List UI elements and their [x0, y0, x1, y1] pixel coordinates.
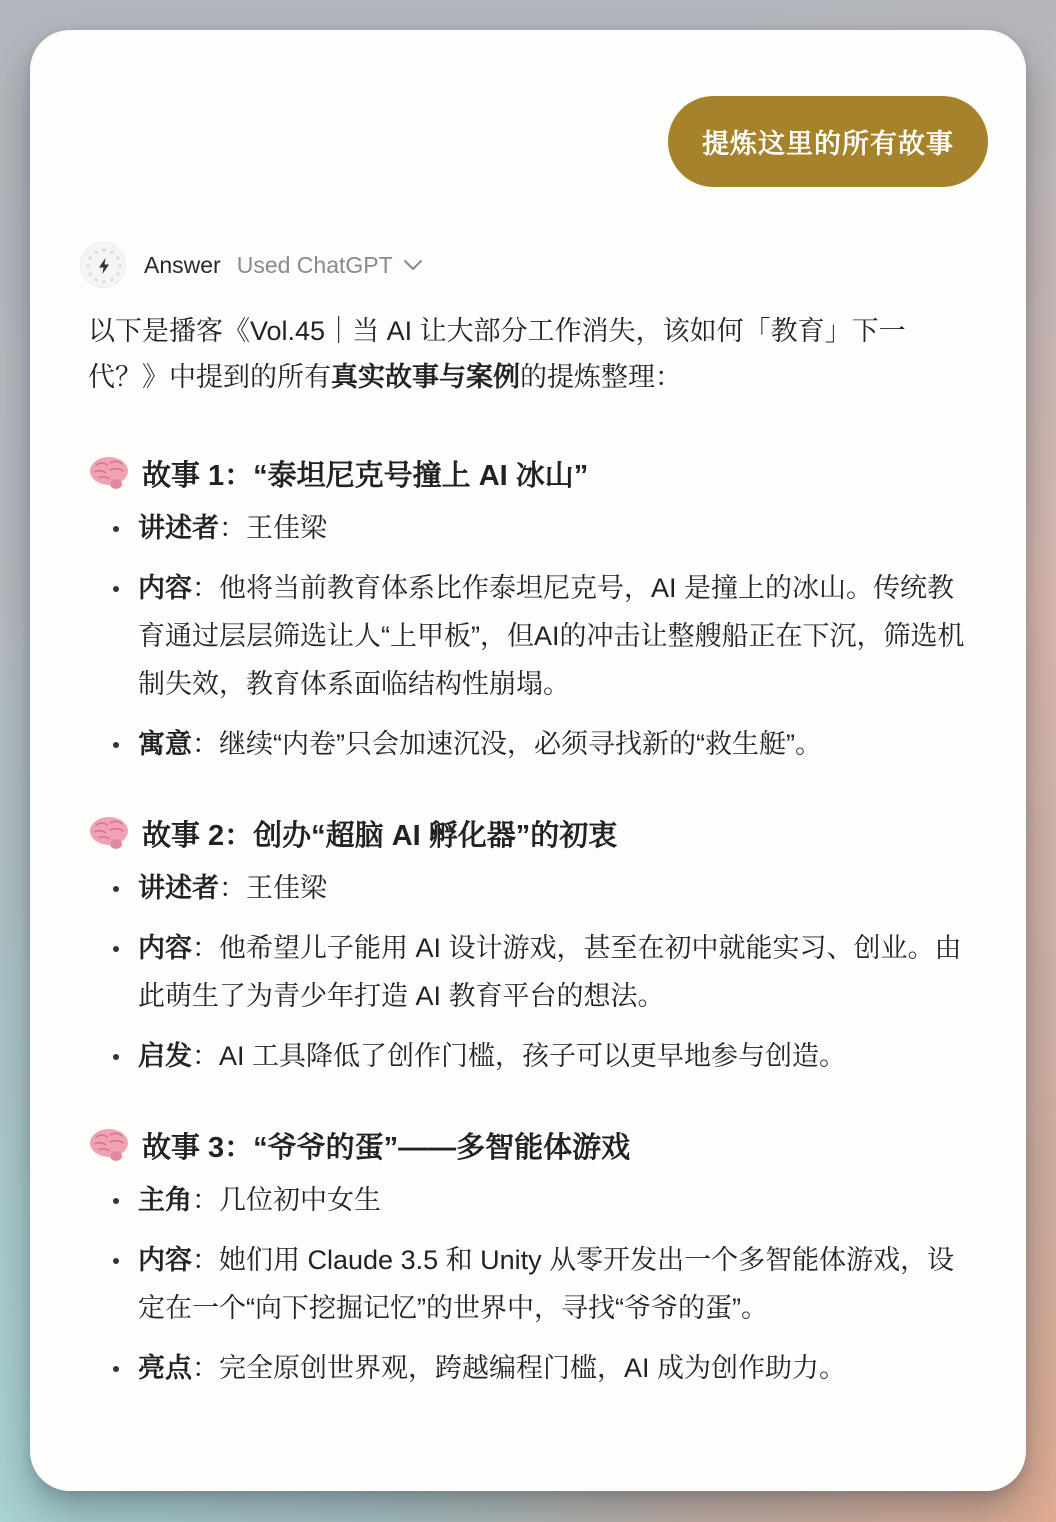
bolt-icon: [80, 242, 126, 288]
list-item: 内容：他希望儿子能用 AI 设计游戏，甚至在初中就能实习、创业。由此萌生了为青少…: [88, 924, 968, 1020]
point-sep: ：: [192, 573, 219, 603]
chevron-down-icon: [403, 259, 423, 271]
story-points: 讲述者：王佳梁 内容：他将当前教育体系比作泰坦尼克号，AI 是撞上的冰山。传统教…: [88, 504, 968, 768]
list-item: 内容：她们用 Claude 3.5 和 Unity 从零开发出一个多智能体游戏，…: [88, 1236, 968, 1332]
story-section: 故事 1：“泰坦尼克号撞上 AI 冰山” 讲述者：王佳梁 内容：他将当前教育体系…: [88, 448, 968, 768]
point-key: 主角: [138, 1185, 192, 1215]
story-title: 故事 3：“爷爷的蛋”——多智能体游戏: [88, 1120, 968, 1170]
story-title-text: 故事 1：“泰坦尼克号撞上 AI 冰山”: [142, 453, 588, 494]
point-sep: ：: [219, 513, 246, 543]
point-sep: ：: [192, 729, 219, 759]
point-value: 完全原创世界观，跨越编程门槛，AI 成为创作助力。: [219, 1353, 846, 1383]
story-section: 故事 3：“爷爷的蛋”——多智能体游戏 主角：几位初中女生 内容：她们用 Cla…: [88, 1120, 968, 1392]
list-item: 亮点：完全原创世界观，跨越编程门槛，AI 成为创作助力。: [88, 1344, 968, 1392]
point-value: 继续“内卷”只会加速沉没，必须寻找新的“救生艇”。: [219, 729, 822, 759]
point-key: 内容: [138, 1245, 192, 1275]
used-tool-label: Used ChatGPT: [237, 252, 393, 279]
answer-intro: 以下是播客《Vol.45｜当 AI 让大部分工作消失，该如何「教育」下一代？》中…: [88, 308, 968, 400]
point-value: AI 工具降低了创作门槛，孩子可以更早地参与创造。: [219, 1041, 846, 1071]
answer-header: Answer Used ChatGPT: [80, 240, 423, 290]
answer-label: Answer: [144, 252, 221, 279]
point-value: 她们用 Claude 3.5 和 Unity 从零开发出一个多智能体游戏，设定在…: [138, 1245, 954, 1323]
point-value: 王佳梁: [246, 873, 327, 903]
story-title-text: 故事 2：创办“超脑 AI 孵化器”的初衷: [142, 813, 617, 854]
chat-card: 提炼这里的所有故事 Answer Used ChatGPT 以下是播客《V: [30, 30, 1026, 1491]
point-key: 寓意: [138, 729, 192, 759]
list-item: 讲述者：王佳梁: [88, 504, 968, 552]
answer-content: 以下是播客《Vol.45｜当 AI 让大部分工作消失，该如何「教育」下一代？》中…: [88, 308, 968, 1432]
point-sep: ：: [192, 1185, 219, 1215]
brain-icon: [88, 1127, 130, 1163]
story-title-text: 故事 3：“爷爷的蛋”——多智能体游戏: [142, 1125, 630, 1166]
point-sep: ：: [219, 873, 246, 903]
list-item: 启发：AI 工具降低了创作门槛，孩子可以更早地参与创造。: [88, 1032, 968, 1080]
point-key: 内容: [138, 933, 192, 963]
story-section: 故事 2：创办“超脑 AI 孵化器”的初衷 讲述者：王佳梁 内容：他希望儿子能用…: [88, 808, 968, 1080]
point-key: 亮点: [138, 1353, 192, 1383]
list-item: 主角：几位初中女生: [88, 1176, 968, 1224]
list-item: 讲述者：王佳梁: [88, 864, 968, 912]
brain-icon: [88, 455, 130, 491]
point-key: 讲述者: [138, 873, 219, 903]
point-key: 内容: [138, 573, 192, 603]
point-sep: ：: [192, 1041, 219, 1071]
point-value: 几位初中女生: [219, 1185, 381, 1215]
list-item: 寓意：继续“内卷”只会加速沉没，必须寻找新的“救生艇”。: [88, 720, 968, 768]
point-value: 他将当前教育体系比作泰坦尼克号，AI 是撞上的冰山。传统教育通过层层筛选让人“上…: [138, 573, 965, 699]
point-sep: ：: [192, 1353, 219, 1383]
point-sep: ：: [192, 933, 219, 963]
story-title: 故事 2：创办“超脑 AI 孵化器”的初衷: [88, 808, 968, 858]
point-key: 讲述者: [138, 513, 219, 543]
story-points: 讲述者：王佳梁 内容：他希望儿子能用 AI 设计游戏，甚至在初中就能实习、创业。…: [88, 864, 968, 1080]
point-key: 启发: [138, 1041, 192, 1071]
brain-icon: [88, 815, 130, 851]
user-message-bubble: 提炼这里的所有故事: [668, 96, 988, 187]
used-tool-dropdown[interactable]: Used ChatGPT: [237, 252, 423, 279]
point-value: 王佳梁: [246, 513, 327, 543]
point-sep: ：: [192, 1245, 219, 1275]
intro-bold-text: 真实故事与案例: [331, 362, 520, 392]
story-points: 主角：几位初中女生 内容：她们用 Claude 3.5 和 Unity 从零开发…: [88, 1176, 968, 1392]
story-title: 故事 1：“泰坦尼克号撞上 AI 冰山”: [88, 448, 968, 498]
list-item: 内容：他将当前教育体系比作泰坦尼克号，AI 是撞上的冰山。传统教育通过层层筛选让…: [88, 564, 968, 708]
user-message-text: 提炼这里的所有故事: [702, 122, 954, 161]
point-value: 他希望儿子能用 AI 设计游戏，甚至在初中就能实习、创业。由此萌生了为青少年打造…: [138, 933, 962, 1011]
intro-suffix-text: 的提炼整理：: [520, 362, 682, 392]
